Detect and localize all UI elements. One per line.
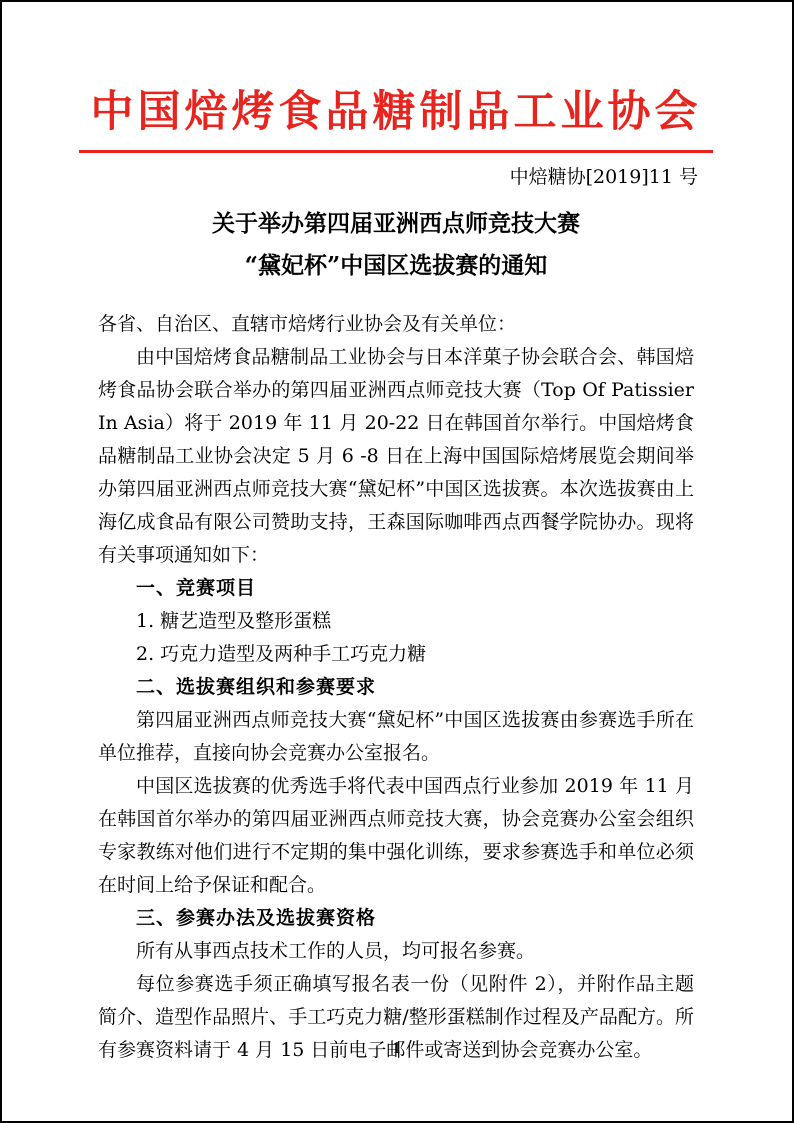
doc-title: 关于举办第四届亚洲西点师竞技大赛 “黛妃杯”中国区选拔赛的通知 — [79, 203, 713, 287]
page-number: 1 — [2, 1039, 792, 1057]
section-heading-3: 三、参赛办法及选拔赛资格 — [98, 902, 694, 935]
document-body: 各省、自治区、直辖市焙烤行业协会及有关单位： 由中国焙烤食品糖制品工业协会与日本… — [98, 308, 694, 1067]
paragraph-salutation: 各省、自治区、直辖市焙烤行业协会及有关单位： — [98, 308, 694, 341]
section-heading-1: 一、竞赛项目 — [98, 572, 694, 605]
paragraph-training: 中国区选拔赛的优秀选手将代表中国西点行业参加 2019 年 11 月在韩国首尔举… — [98, 770, 694, 902]
section-heading-2: 二、选拔赛组织和参赛要求 — [98, 671, 694, 704]
paragraph-registration: 第四届亚洲西点师竞技大赛“黛妃杯”中国区选拔赛由参赛选手所在单位推荐，直接向协会… — [98, 704, 694, 770]
paragraph-intro: 由中国焙烤食品糖制品工业协会与日本洋菓子协会联合会、韩国焙烤食品协会联合举办的第… — [98, 341, 694, 572]
doc-title-line2: “黛妃杯”中国区选拔赛的通知 — [79, 245, 713, 287]
document-page: 中国焙烤食品糖制品工业协会 中焙糖协[2019]11 号 关于举办第四届亚洲西点… — [0, 0, 794, 1123]
list-item-1: 1. 糖艺造型及整形蛋糕 — [98, 605, 694, 638]
header-divider — [79, 150, 713, 153]
list-item-2: 2. 巧克力造型及两种手工巧克力糖 — [98, 638, 694, 671]
doc-number: 中焙糖协[2019]11 号 — [79, 166, 713, 189]
paragraph-eligibility: 所有从事西点技术工作的人员，均可报名参赛。 — [98, 935, 694, 968]
org-name-header: 中国焙烤食品糖制品工业协会 — [79, 90, 713, 135]
doc-title-line1: 关于举办第四届亚洲西点师竞技大赛 — [79, 203, 713, 245]
